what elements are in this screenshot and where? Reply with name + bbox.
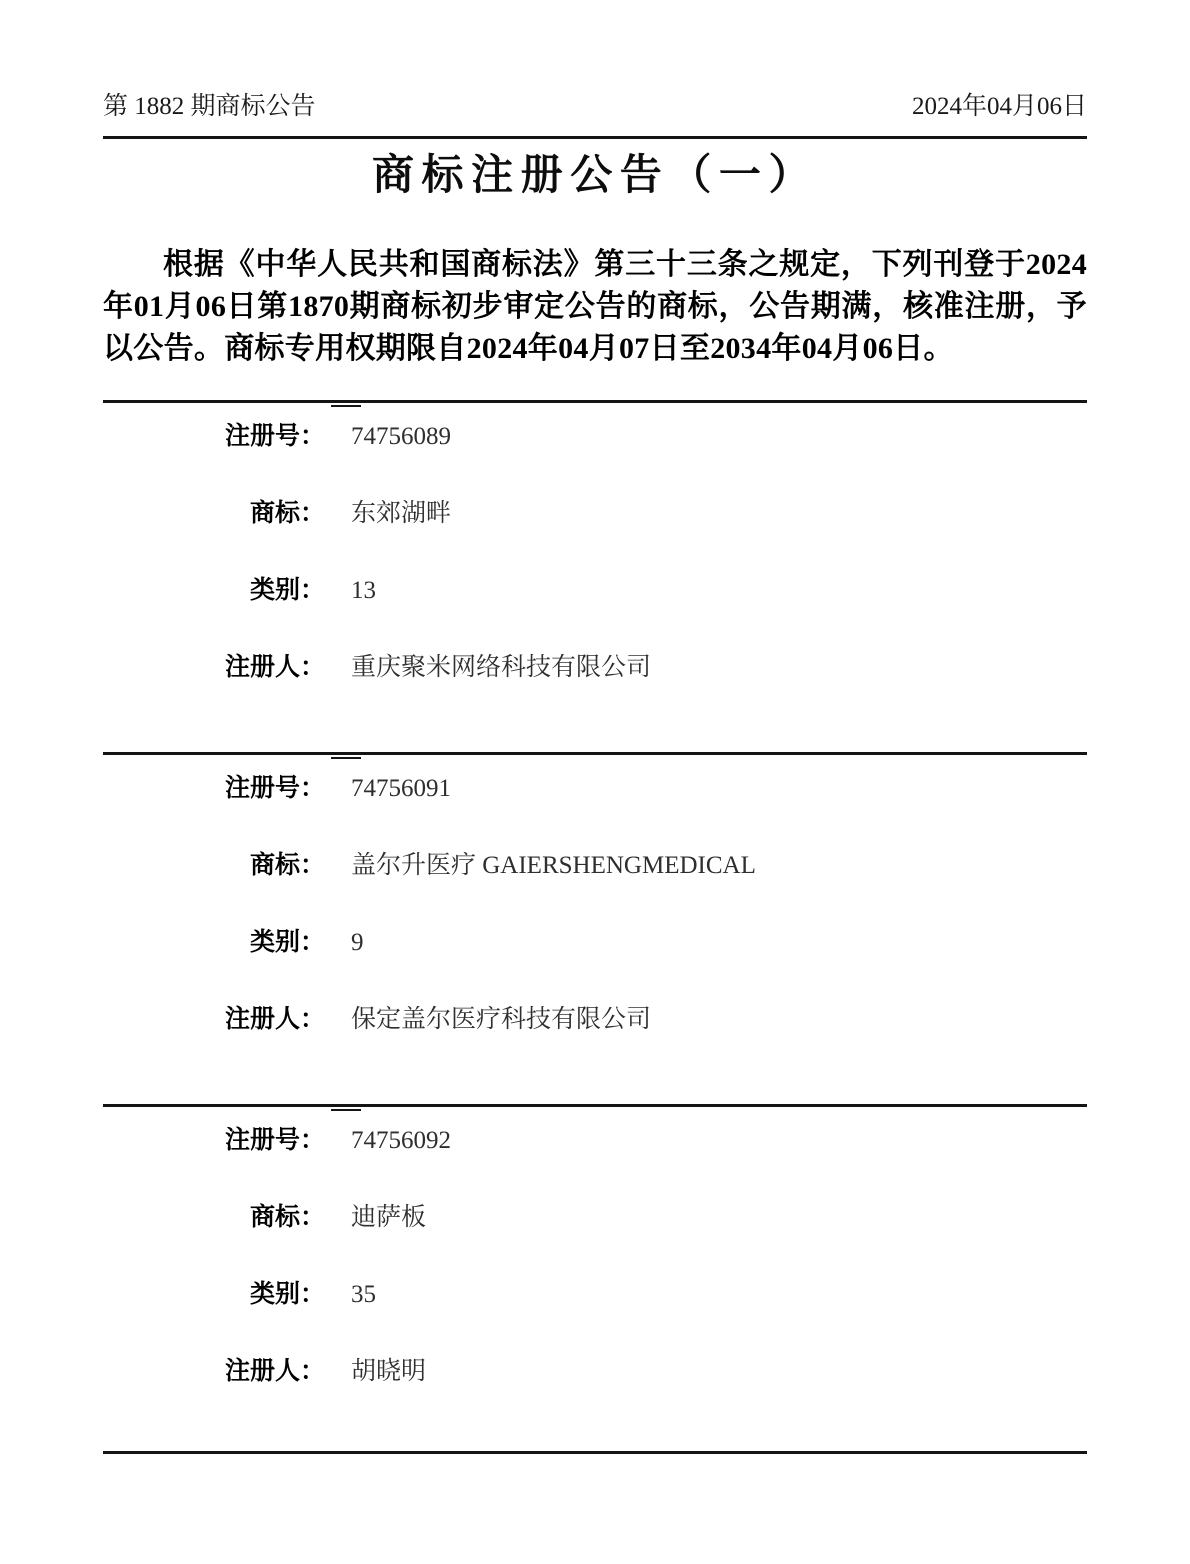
record-row: 注册人： 重庆聚米网络科技有限公司: [103, 654, 1087, 731]
bottom-divider: [103, 1451, 1087, 1454]
field-label-trademark: 商标：: [103, 852, 325, 879]
record-row: 类别： 35: [103, 1281, 1087, 1358]
record-block-3: 注册号： 74756092 商标： 迪萨板 类别： 35 注册人： 胡晓明: [103, 1104, 1087, 1451]
field-value-reg-no: 74756092: [351, 1127, 451, 1154]
field-value-category: 35: [351, 1281, 376, 1308]
gazette-page: 第 1882 期商标公告 2024年04月06日 商标注册公告（一） 根据《中华…: [0, 0, 1190, 1564]
field-label-registrant: 注册人：: [103, 654, 325, 681]
field-value-trademark: 迪萨板: [351, 1204, 426, 1231]
page-header: 第 1882 期商标公告 2024年04月06日: [103, 0, 1087, 139]
record-block-2: 注册号： 74756091 商标： 盖尔升医疗 GAIERSHENGMEDICA…: [103, 752, 1087, 1104]
field-value-category: 13: [351, 577, 376, 604]
record-row: 商标： 东郊湖畔: [103, 500, 1087, 577]
record-row: 类别： 13: [103, 577, 1087, 654]
record-row: 注册人： 保定盖尔医疗科技有限公司: [103, 1006, 1087, 1083]
field-label-reg-no: 注册号：: [103, 775, 325, 802]
record-row: 注册号： 74756091: [103, 775, 1087, 852]
field-label-reg-no: 注册号：: [103, 423, 325, 450]
record-row: 商标： 迪萨板: [103, 1204, 1087, 1281]
field-value-reg-no: 74756091: [351, 775, 451, 802]
field-label-category: 类别：: [103, 929, 325, 956]
field-value-category: 9: [351, 929, 364, 956]
header-date: 2024年04月06日: [912, 92, 1087, 122]
field-label-trademark: 商标：: [103, 1204, 325, 1231]
separator-artifact: [331, 1109, 361, 1111]
field-value-registrant: 保定盖尔医疗科技有限公司: [351, 1006, 651, 1033]
record-row: 商标： 盖尔升医疗 GAIERSHENGMEDICAL: [103, 852, 1087, 929]
field-label-registrant: 注册人：: [103, 1358, 325, 1385]
field-label-trademark: 商标：: [103, 500, 325, 527]
field-label-registrant: 注册人：: [103, 1006, 325, 1033]
separator-artifact: [331, 405, 361, 407]
field-value-reg-no: 74756089: [351, 423, 451, 450]
record-row: 类别： 9: [103, 929, 1087, 1006]
record-row: 注册号： 74756089: [103, 423, 1087, 500]
field-value-registrant: 重庆聚米网络科技有限公司: [351, 654, 651, 681]
record-row: 注册人： 胡晓明: [103, 1358, 1087, 1435]
field-label-reg-no: 注册号：: [103, 1127, 325, 1154]
record-row: 注册号： 74756092: [103, 1127, 1087, 1204]
separator-artifact: [331, 757, 361, 759]
header-issue: 第 1882 期商标公告: [103, 92, 316, 122]
field-value-registrant: 胡晓明: [351, 1358, 426, 1385]
page-title: 商标注册公告（一）: [103, 153, 1087, 199]
field-value-trademark: 盖尔升医疗 GAIERSHENGMEDICAL: [351, 852, 756, 879]
field-value-trademark: 东郊湖畔: [351, 500, 451, 527]
field-label-category: 类别：: [103, 1281, 325, 1308]
field-label-category: 类别：: [103, 577, 325, 604]
intro-paragraph: 根据《中华人民共和国商标法》第三十三条之规定，下列刊登于2024年01月06日第…: [103, 244, 1087, 370]
record-block-1: 注册号： 74756089 商标： 东郊湖畔 类别： 13 注册人： 重庆聚米网…: [103, 400, 1087, 752]
